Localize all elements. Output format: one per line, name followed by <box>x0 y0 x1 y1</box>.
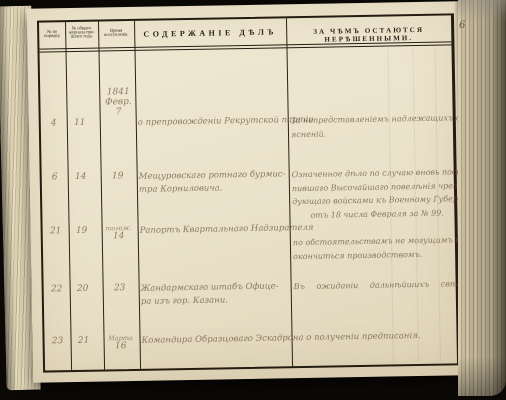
book-photo: 6 ···· № по порядку. <box>0 0 506 400</box>
ledger-table: № по порядку. № общаго журнала про- шлаг… <box>37 13 460 372</box>
folio-number: 6 <box>459 20 466 31</box>
entry-contents: Командира Образцоваго Эскадрона о получе… <box>141 329 471 348</box>
entry-time: 19 <box>100 171 136 182</box>
column-divider <box>98 22 105 370</box>
entry-day-number: 14 <box>101 231 137 242</box>
entry-time-note: Марта <box>102 335 138 342</box>
ledger-row: 6 14 19 Мещуровскаго ротнаго бурмис- тра… <box>42 165 454 172</box>
entry-resolution: За непредставленіемъ надлежащихъ объ- яс… <box>291 111 453 141</box>
entry-day-number: 16 <box>103 341 139 352</box>
entry-order-no: 23 <box>46 336 68 346</box>
handwritten-line: ра изъ гор. Казани. <box>141 293 293 309</box>
archive-corner-mark: ···· <box>430 368 441 373</box>
table-header: № по порядку. № общаго журнала про- шлаг… <box>39 15 451 49</box>
header-prev-journal: № общаго журнала про- шлаго года. <box>65 22 98 49</box>
handwritten-line: Командира Образцоваго Эскадрона о получе… <box>141 329 471 348</box>
entry-prev-no: 21 <box>72 336 94 346</box>
header-contents: СОДЕРЖАНІЕ ДѢЛЪ <box>134 18 287 56</box>
handwritten-line: Мещуровскаго ротнаго бурмис- <box>139 168 291 184</box>
handwritten-line: тра Корниловича. <box>139 181 291 197</box>
header-order-no-line: порядку. <box>44 33 60 38</box>
entry-day-number: 19 <box>100 171 136 182</box>
entry-time: тогож. 14 <box>101 225 137 242</box>
entry-time: 23 <box>102 283 138 294</box>
handwritten-line: окончиться производствомъ. <box>293 247 455 263</box>
ledger-row: 23 21 Марта 16 Командира Образцоваго Эск… <box>44 329 456 336</box>
entry-resolution: Означенное дѣло по случаю вновь посту- п… <box>292 165 455 222</box>
entry-prev-no: 20 <box>72 284 94 294</box>
entry-order-no: 22 <box>46 284 68 294</box>
ledger-row: 22 20 23 Жандармскаго штабъ Офице- ра из… <box>44 277 456 284</box>
date-block: 1841 Февр. 7 <box>98 87 139 118</box>
column-divider <box>65 22 72 370</box>
header-order-no: № по порядку. <box>39 22 65 48</box>
handwritten-line: отъ 18 числа Февраля за № 99. <box>310 206 454 222</box>
entry-contents: Рапортъ Квартальнаго Надзирателя <box>140 222 292 238</box>
header-unresolved: ЗА ЧѢМЪ ОСТАЮТСЯ НЕРѢШЕННЫМИ. <box>286 15 452 54</box>
handwritten-line: Жандармскаго штабъ Офице- <box>141 280 293 296</box>
ledger-page: № по порядку. № общаго журнала про- шлаг… <box>27 1 465 382</box>
header-prev-journal-line: шлаго года. <box>71 33 93 38</box>
entry-resolution: Въ ожиданіи дальнѣйшихъ свѣдѣній. <box>294 277 456 293</box>
handwritten-line: по обстоятельствамъ не могущимъ нынѣ <box>293 233 455 249</box>
entry-order-no: 4 <box>43 118 65 128</box>
entry-contents: Мещуровскаго ротнаго бурмис- тра Корнило… <box>139 168 291 197</box>
handwritten-line: ясненій. <box>291 125 453 141</box>
entry-prev-no: 19 <box>71 226 93 236</box>
entry-contents: о препровожденіи Рекрутской партіи <box>138 114 290 130</box>
header-received-time: Время поступленія. <box>98 21 134 48</box>
handwritten-line: о препровожденіи Рекрутской партіи <box>138 114 290 130</box>
right-page-stack-edge <box>458 0 506 396</box>
entry-day: 7 <box>99 107 139 118</box>
handwritten-line: Рапортъ Квартальнаго Надзирателя <box>140 222 292 238</box>
header-received-line: поступленія. <box>104 32 129 37</box>
handwritten-line: За непредставленіемъ надлежащихъ объ- <box>291 111 453 127</box>
entry-time: Марта 16 <box>102 335 138 352</box>
entry-prev-no: 14 <box>70 172 92 182</box>
entry-contents: Жандармскаго штабъ Офице- ра изъ гор. Ка… <box>141 280 293 309</box>
entry-order-no: 21 <box>45 226 67 236</box>
entry-day-number: 23 <box>102 283 138 294</box>
entry-time-note: тогож. <box>101 225 137 232</box>
entry-resolution: по обстоятельствамъ не могущимъ нынѣ око… <box>293 233 455 263</box>
entry-prev-no: 11 <box>69 118 91 128</box>
handwritten-line: Въ ожиданіи дальнѣйшихъ свѣдѣній. <box>294 277 456 293</box>
entry-order-no: 6 <box>44 172 66 182</box>
